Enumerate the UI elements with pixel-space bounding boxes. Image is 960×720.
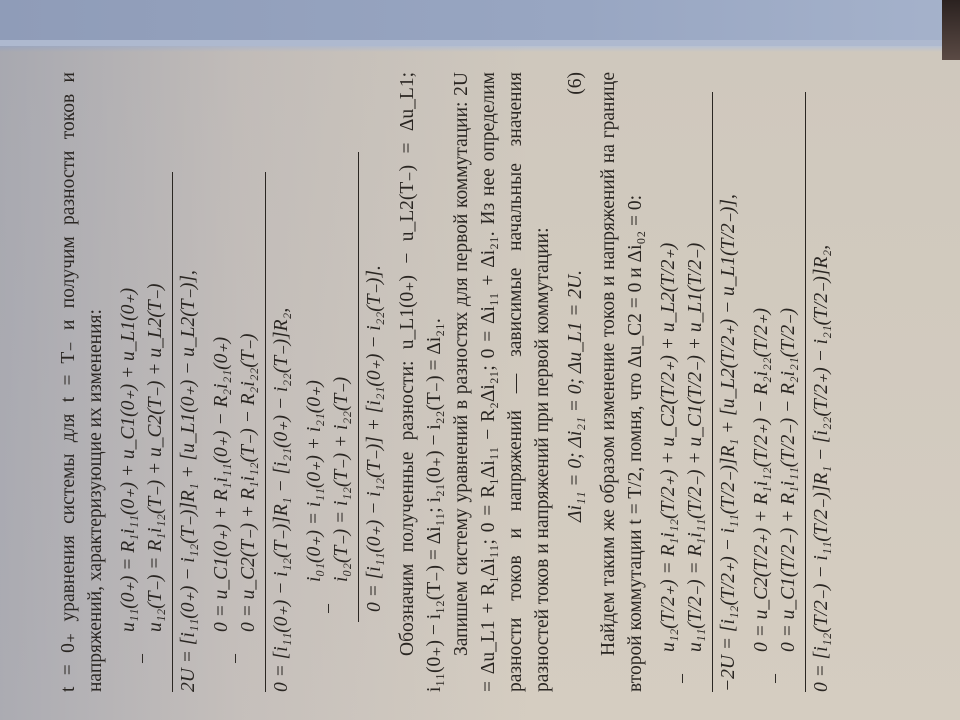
equation-text: u₁₂(T/2₊) = R₁i₁₂(T/2₊) + u_C2(T/2₊) + u… [658, 243, 679, 652]
equation-rule [712, 92, 713, 692]
equation-group-1: u₁₁(0₊) = R₁i₁₁(0₊) + u_C1(0₊) + u_L1(0₊… [115, 72, 202, 692]
equation-line: u₁₂(T/2₊) = R₁i₁₂(T/2₊) + u_C2(T/2₊) + u… [655, 72, 682, 652]
equation-result: 2U = [i₁₁(0₊) − i₁₂(T₋)]R₁ + [u_L1(0₊) −… [175, 72, 202, 692]
intro-paragraph: t = 0₊ уравнения системы для t = T₋ и по… [55, 72, 109, 692]
equation-rule [172, 172, 173, 692]
subtraction-sign: − [763, 673, 790, 684]
equation-line: u₁₁(0₊) = R₁i₁₁(0₊) + u_C1(0₊) + u_L1(0₊… [115, 72, 142, 632]
equation-text: Δi₁₁ = 0; Δi₂₁ = 0; Δu_L1 = 2U. [565, 270, 586, 522]
equation-line: i₀₁(0₊) = i₁₁(0₊) + i₂₁(0₊) [301, 72, 328, 582]
second-commutation-paragraph: Найдем таким же образом изменение токов … [595, 72, 649, 692]
equation-rule [805, 92, 806, 692]
equation-line: − i₀₂(T₋) = i₁₂(T₋) + i₂₂(T₋) [328, 72, 355, 582]
equation-text: i₀₁(0₊) = i₁₁(0₊) + i₂₁(0₊) [304, 380, 325, 582]
subtraction-sign: − [316, 603, 343, 614]
equation-text: 0 = u_C1(0₊) + R₁i₁₁(0₊) − R₂i₂₁(0₊) [211, 337, 232, 632]
equation-line: − u₁₂(T₋) = R₁i₁₂(T₋) + u_C2(T₋) + u_L2(… [142, 72, 169, 632]
equation-text: u₁₁(T/2₋) = R₁i₁₁(T/2₋) + u_C1(T/2₋) + u… [685, 243, 706, 652]
equation-line: 0 = u_C1(0₊) + R₁i₁₁(0₊) − R₂i₂₁(0₊) [208, 72, 235, 632]
equation-result: 0 = [i₁₂(T/2₋) − i₁₁(T/2₋)]R₁ − [i₂₂(T/2… [808, 72, 835, 692]
equation-line: − u₁₁(T/2₋) = R₁i₁₁(T/2₋) + u_C1(T/2₋) +… [682, 72, 709, 652]
system-paragraph: Запишем систему уравнений в разностях дл… [448, 72, 556, 692]
equation-rule [265, 172, 266, 692]
equation-line: 0 = u_C2(T/2₊) + R₁i₁₂(T/2₊) − R₂i₂₂(T/2… [748, 72, 775, 652]
equation-number: (6) [562, 72, 589, 95]
equation-text: u₁₁(0₊) = R₁i₁₁(0₊) + u_C1(0₊) + u_L1(0₊… [118, 288, 139, 632]
equation-line: − 0 = u_C2(T₋) + R₁i₁₂(T₋) − R₂i₂₂(T₋) [235, 72, 262, 632]
subtraction-sign: − [670, 673, 697, 684]
equation-group-3: i₀₁(0₊) = i₁₁(0₊) + i₂₁(0₊) − i₀₂(T₋) = … [301, 72, 388, 692]
subtraction-sign: − [130, 653, 157, 664]
equation-line: − 0 = u_C1(T/2₋) + R₁i₁₁(T/2₋) − R₂i₂₁(T… [775, 72, 802, 652]
equation-group-2: 0 = u_C1(0₊) + R₁i₁₁(0₊) − R₂i₂₁(0₊) − 0… [208, 72, 295, 692]
subtraction-sign: − [223, 653, 250, 664]
equation-result: 0 = [i₁₁(0₊) − i₁₂(T₋)]R₁ − [i₂₁(0₊) − i… [268, 72, 295, 692]
equation-group-5: 0 = u_C2(T/2₊) + R₁i₁₂(T/2₊) − R₂i₂₂(T/2… [748, 72, 835, 692]
book-page: t = 0₊ уравнения системы для t = T₋ и по… [55, 72, 960, 692]
denote-paragraph: Обозначим полученные разности: u_L1(0₊) … [394, 72, 448, 692]
equation-result: −2U = [i₁₂(T/2₊) − i₁₁(T/2₋)]R₁ + [u_L2(… [715, 72, 742, 692]
equation-text: u₁₂(T₋) = R₁i₁₂(T₋) + u_C2(T₋) + u_L2(T₋… [145, 283, 166, 632]
equation-text: i₀₂(T₋) = i₁₂(T₋) + i₂₂(T₋) [331, 377, 352, 582]
equation-text: 0 = u_C2(T/2₊) + R₁i₁₂(T/2₊) − R₂i₂₂(T/2… [751, 308, 772, 652]
dark-background-corner [942, 0, 960, 60]
equation-group-4: u₁₂(T/2₊) = R₁i₁₂(T/2₊) + u_C2(T/2₊) + u… [655, 72, 742, 692]
equation-text: 0 = u_C1(T/2₋) + R₁i₁₁(T/2₋) − R₂i₂₁(T/2… [778, 308, 799, 652]
page-edge-line [0, 40, 960, 46]
equation-6: Δi₁₁ = 0; Δi₂₁ = 0; Δu_L1 = 2U. (6) [562, 72, 589, 692]
equation-rule [358, 152, 359, 622]
equation-text: 0 = u_C2(T₋) + R₁i₁₂(T₋) − R₂i₂₂(T₋) [238, 334, 259, 632]
equation-result: 0 = [i₁₁(0₊) − i₁₂(T₋)] + [i₂₁(0₊) − i₂₂… [361, 72, 388, 612]
